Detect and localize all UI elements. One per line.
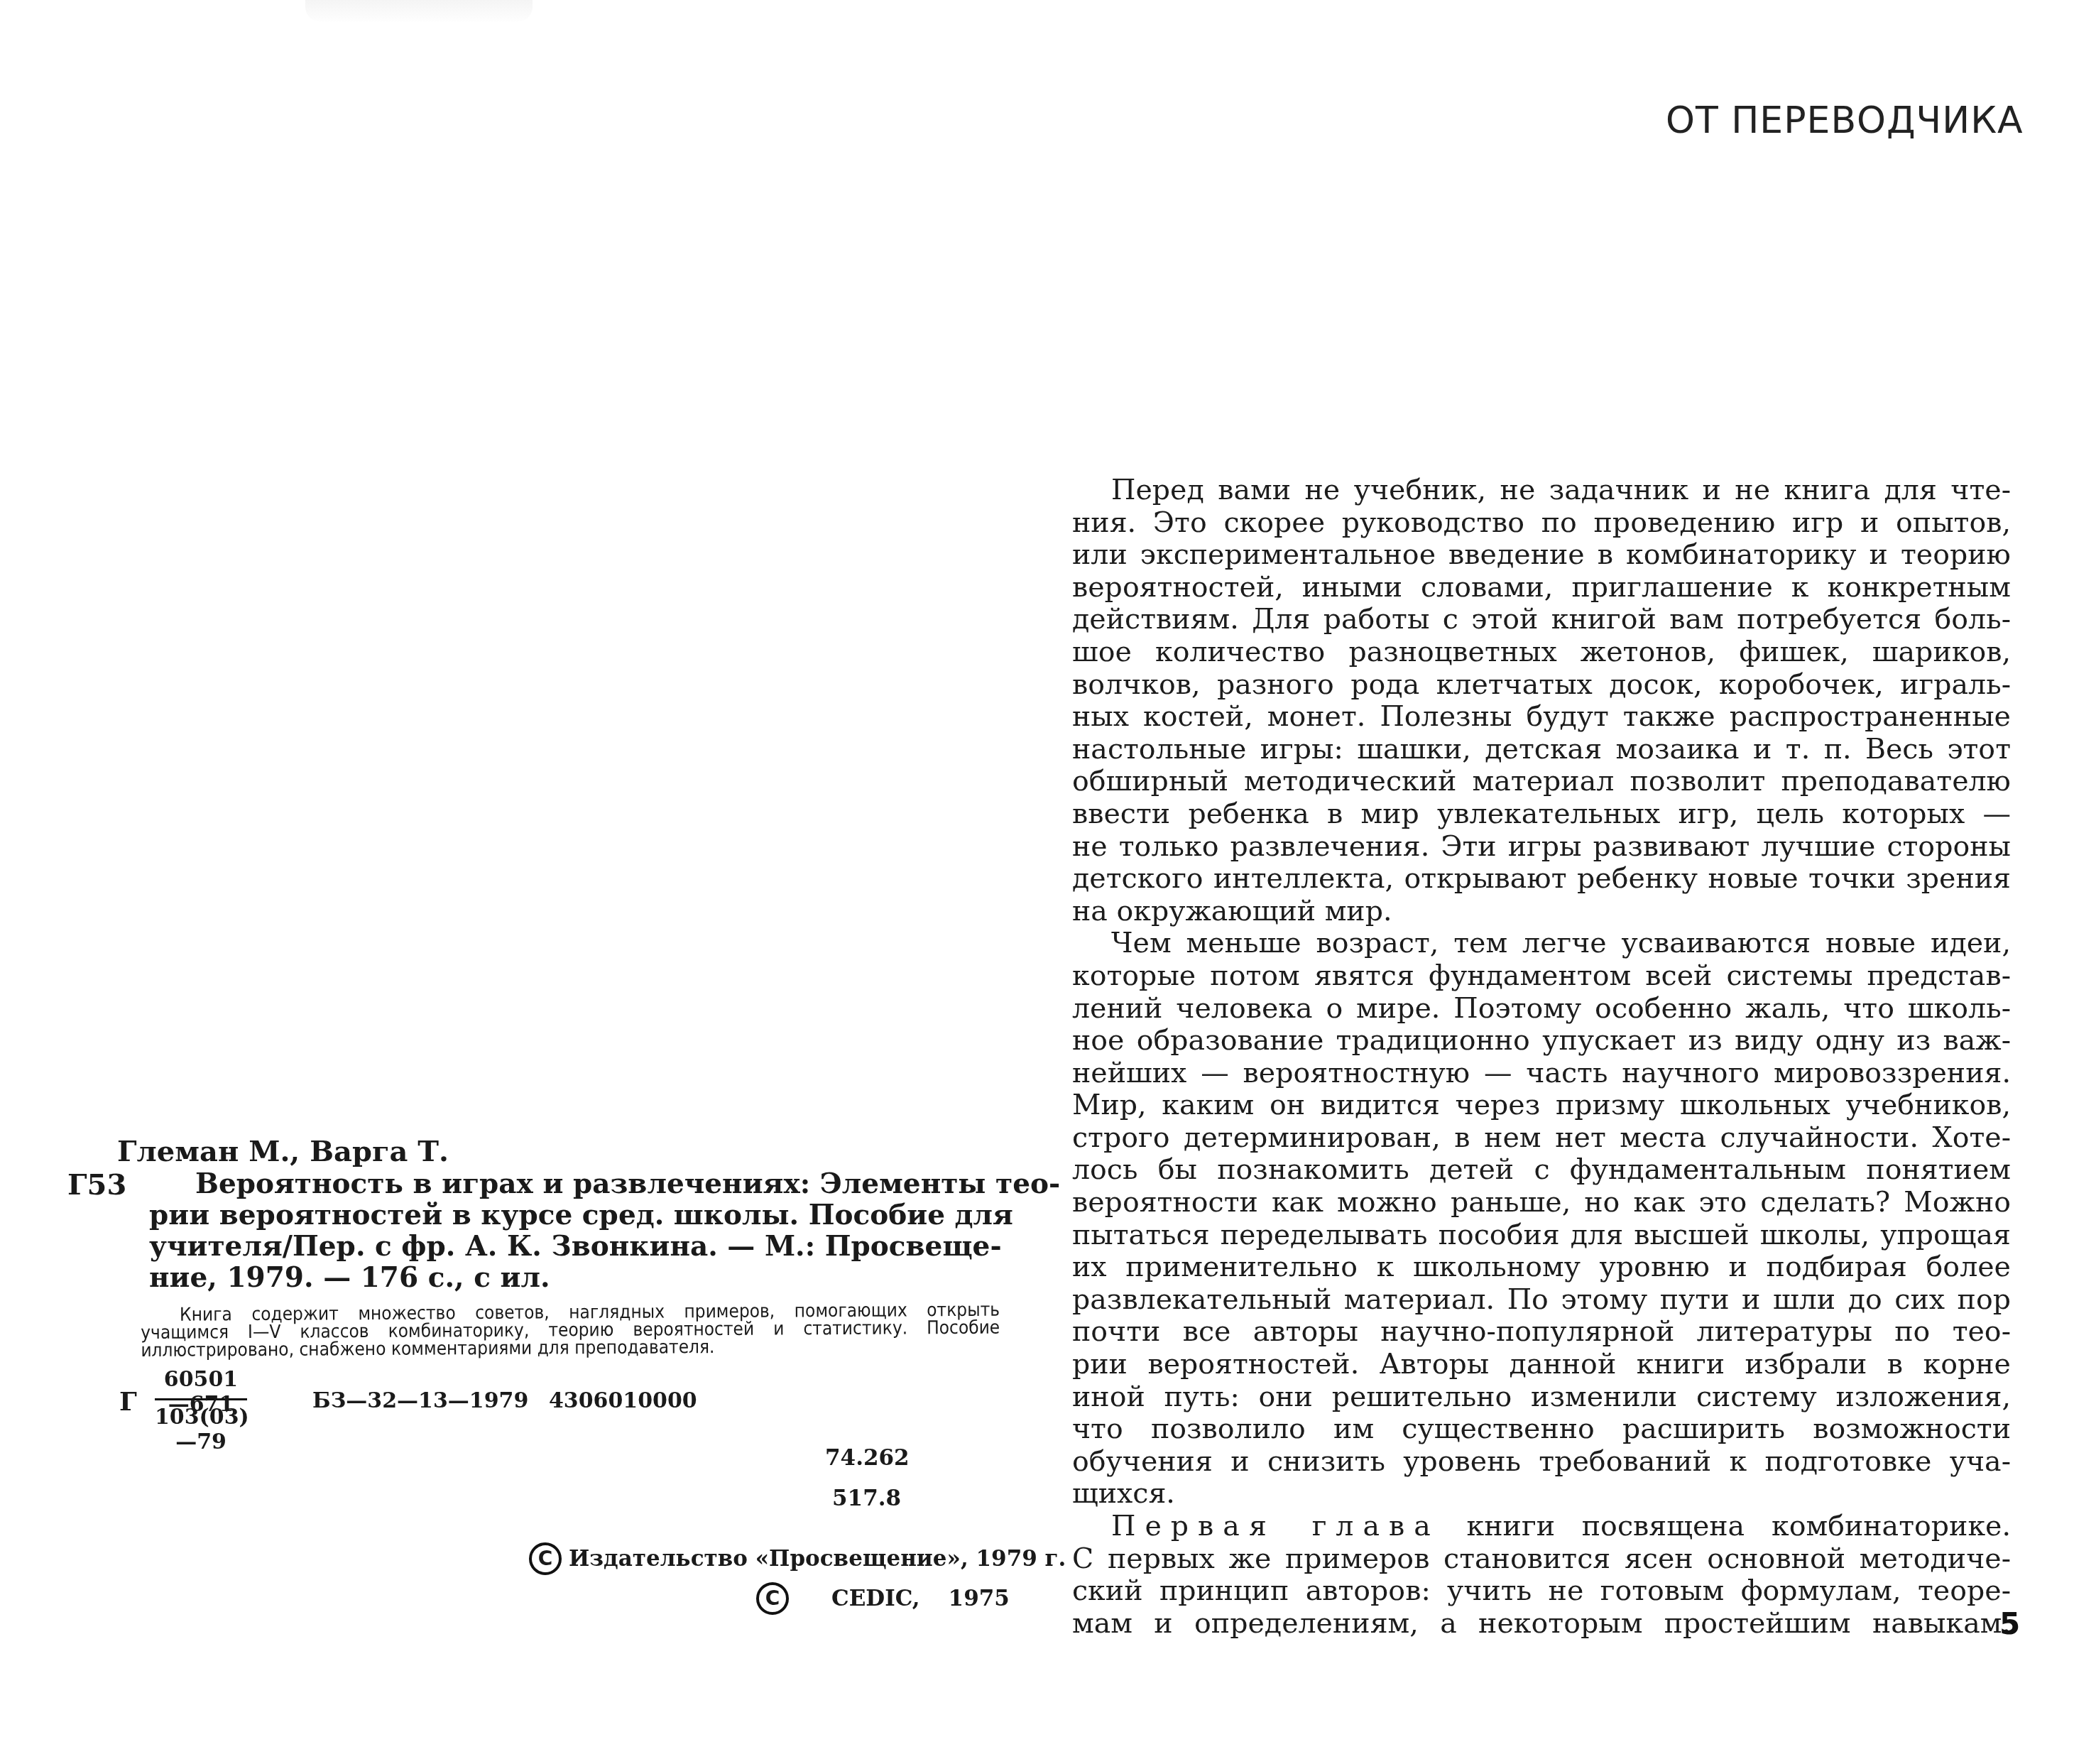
text-line: вероятностей, иными словами, приглашение… (1072, 572, 2011, 604)
copyright-original: C CEDIC, 1975 (756, 1582, 1010, 1615)
line-text: книги посвящена комбинаторике. (1467, 1510, 2011, 1542)
author-line: Глеман М., Варга Т. (117, 1135, 449, 1168)
chapter-heading: ОТ ПЕРЕВОДЧИКА (1666, 99, 1992, 142)
text-line: обучения и снизить уровень требований к … (1072, 1446, 2011, 1479)
right-page: ОТ ПЕРЕВОДЧИКА Перед вами не учебник, не… (1048, 0, 2096, 1764)
text-line: ния. Это скорее руководство по проведени… (1072, 507, 2011, 540)
fraction-numerator: 60501—671 (155, 1367, 247, 1393)
text-line: которые потом явятся фундаментом всей си… (1072, 960, 2011, 993)
text-line: щихся. (1072, 1478, 2011, 1510)
biblio-line: Вероятность в играх и развлечениях: Элем… (149, 1168, 998, 1199)
text-line: Чем меньше возраст, тем легче усваиваютс… (1072, 927, 2011, 960)
copyright-icon: C (529, 1542, 562, 1575)
index-fraction: 60501—671 103(03)—79 (155, 1367, 247, 1454)
udc-code-2: 517.8 (832, 1486, 901, 1511)
text-line: Мир, каким он видится через призму школь… (1072, 1089, 2011, 1122)
text-line: нейших — вероятностную — часть научного … (1072, 1057, 2011, 1090)
copyright-icon: C (756, 1582, 789, 1615)
text-line: шое количество разноцветных жетонов, фиш… (1072, 636, 2011, 669)
text-line: вероятности как можно раньше, но как это… (1072, 1187, 2011, 1219)
show-through-smudge (305, 0, 533, 21)
copyright-original-name: CEDIC, (831, 1586, 920, 1611)
text-line: Перед вами не учебник, не задачник и не … (1072, 474, 2011, 507)
edition-code: 4306010000 (549, 1388, 697, 1413)
library-class-code: Г53 (67, 1168, 126, 1202)
text-line: пытаться переделывать пособия для высшей… (1072, 1219, 2011, 1252)
text-line: или экспериментальное введение в комбина… (1072, 539, 2011, 572)
spaced-emphasis: Первая глава (1111, 1510, 1440, 1542)
text-line: ский принцип авторов: учить не готовым ф… (1072, 1575, 2011, 1608)
fraction-denominator: 103(03)—79 (155, 1405, 247, 1454)
udc-code-1: 74.262 (825, 1445, 910, 1471)
bibliographic-description: Вероятность в играх и развлечениях: Элем… (149, 1168, 998, 1293)
text-line: их применительно к школьному уровню и по… (1072, 1251, 2011, 1284)
text-line: С первых же примеров становится ясен осн… (1072, 1543, 2011, 1576)
text-line: Первая глава книги посвящена комбинатори… (1072, 1510, 2011, 1543)
index-letter: Г (119, 1387, 137, 1417)
bbk-code: БЗ—32—13—1979 (312, 1388, 528, 1413)
text-line: на окружающий мир. (1072, 895, 2011, 928)
text-line: почти все авторы научно-популярной литер… (1072, 1316, 2011, 1349)
text-line: ное образование традиционно упускает из … (1072, 1025, 2011, 1057)
text-line: развлекательный материал. По этому пути … (1072, 1284, 2011, 1317)
text-line: что позволило им существенно расширить в… (1072, 1413, 2011, 1446)
page-number: 5 (1999, 1606, 2020, 1641)
annotation-line: иллюстрировано, снабжено комментариями д… (141, 1337, 1000, 1360)
copyright-publisher: C Издательство «Просвещение», 1979 г. (529, 1542, 1066, 1575)
text-line: строго детерминирован, в нем нет места с… (1072, 1122, 2011, 1155)
copyright-original-year: 1975 (949, 1586, 1010, 1611)
text-line: ввести ребенка в мир увлекательных игр, … (1072, 798, 2011, 831)
left-page: Глеман М., Варга Т. Г53 Вероятность в иг… (0, 0, 1048, 1764)
text-line: лось бы познакомить детей с фундаменталь… (1072, 1154, 2011, 1187)
text-line: мам и определениям, а некоторым простейш… (1072, 1608, 2011, 1640)
preface-body: Перед вами не учебник, не задачник и не … (1072, 474, 2011, 1640)
text-line: иной путь: они решительно изменили систе… (1072, 1381, 2011, 1414)
text-line: рии вероятностей. Авторы данной книги из… (1072, 1349, 2011, 1381)
biblio-line: учителя/Пер. с фр. А. К. Звонкина. — М.:… (149, 1231, 998, 1262)
text-line: настольные игры: шашки, детская мозаика … (1072, 734, 2011, 766)
text-line: волчков, разного рода клетчатых досок, к… (1072, 669, 2011, 702)
book-annotation: Книга содержит множество советов, нагляд… (141, 1302, 1000, 1360)
text-line: не только развлечения. Эти игры развиваю… (1072, 831, 2011, 864)
biblio-line: ние, 1979. — 176 с., с ил. (149, 1262, 998, 1293)
catalog-index: Г 60501—671 103(03)—79 БЗ—32—13—1979 430… (119, 1367, 758, 1438)
biblio-line: рии вероятностей в курсе сред. школы. По… (149, 1199, 998, 1231)
text-line: действиям. Для работы с этой книгой вам … (1072, 604, 2011, 636)
copyright-publisher-text: Издательство «Просвещение», 1979 г. (569, 1546, 1066, 1572)
text-line: лений человека о мире. Поэтому особенно … (1072, 993, 2011, 1025)
text-line: ных костей, монет. Полезны будут также р… (1072, 701, 2011, 734)
text-line: обширный методический материал позволит … (1072, 766, 2011, 798)
text-line: детского интеллекта, открывают ребенку н… (1072, 863, 2011, 895)
